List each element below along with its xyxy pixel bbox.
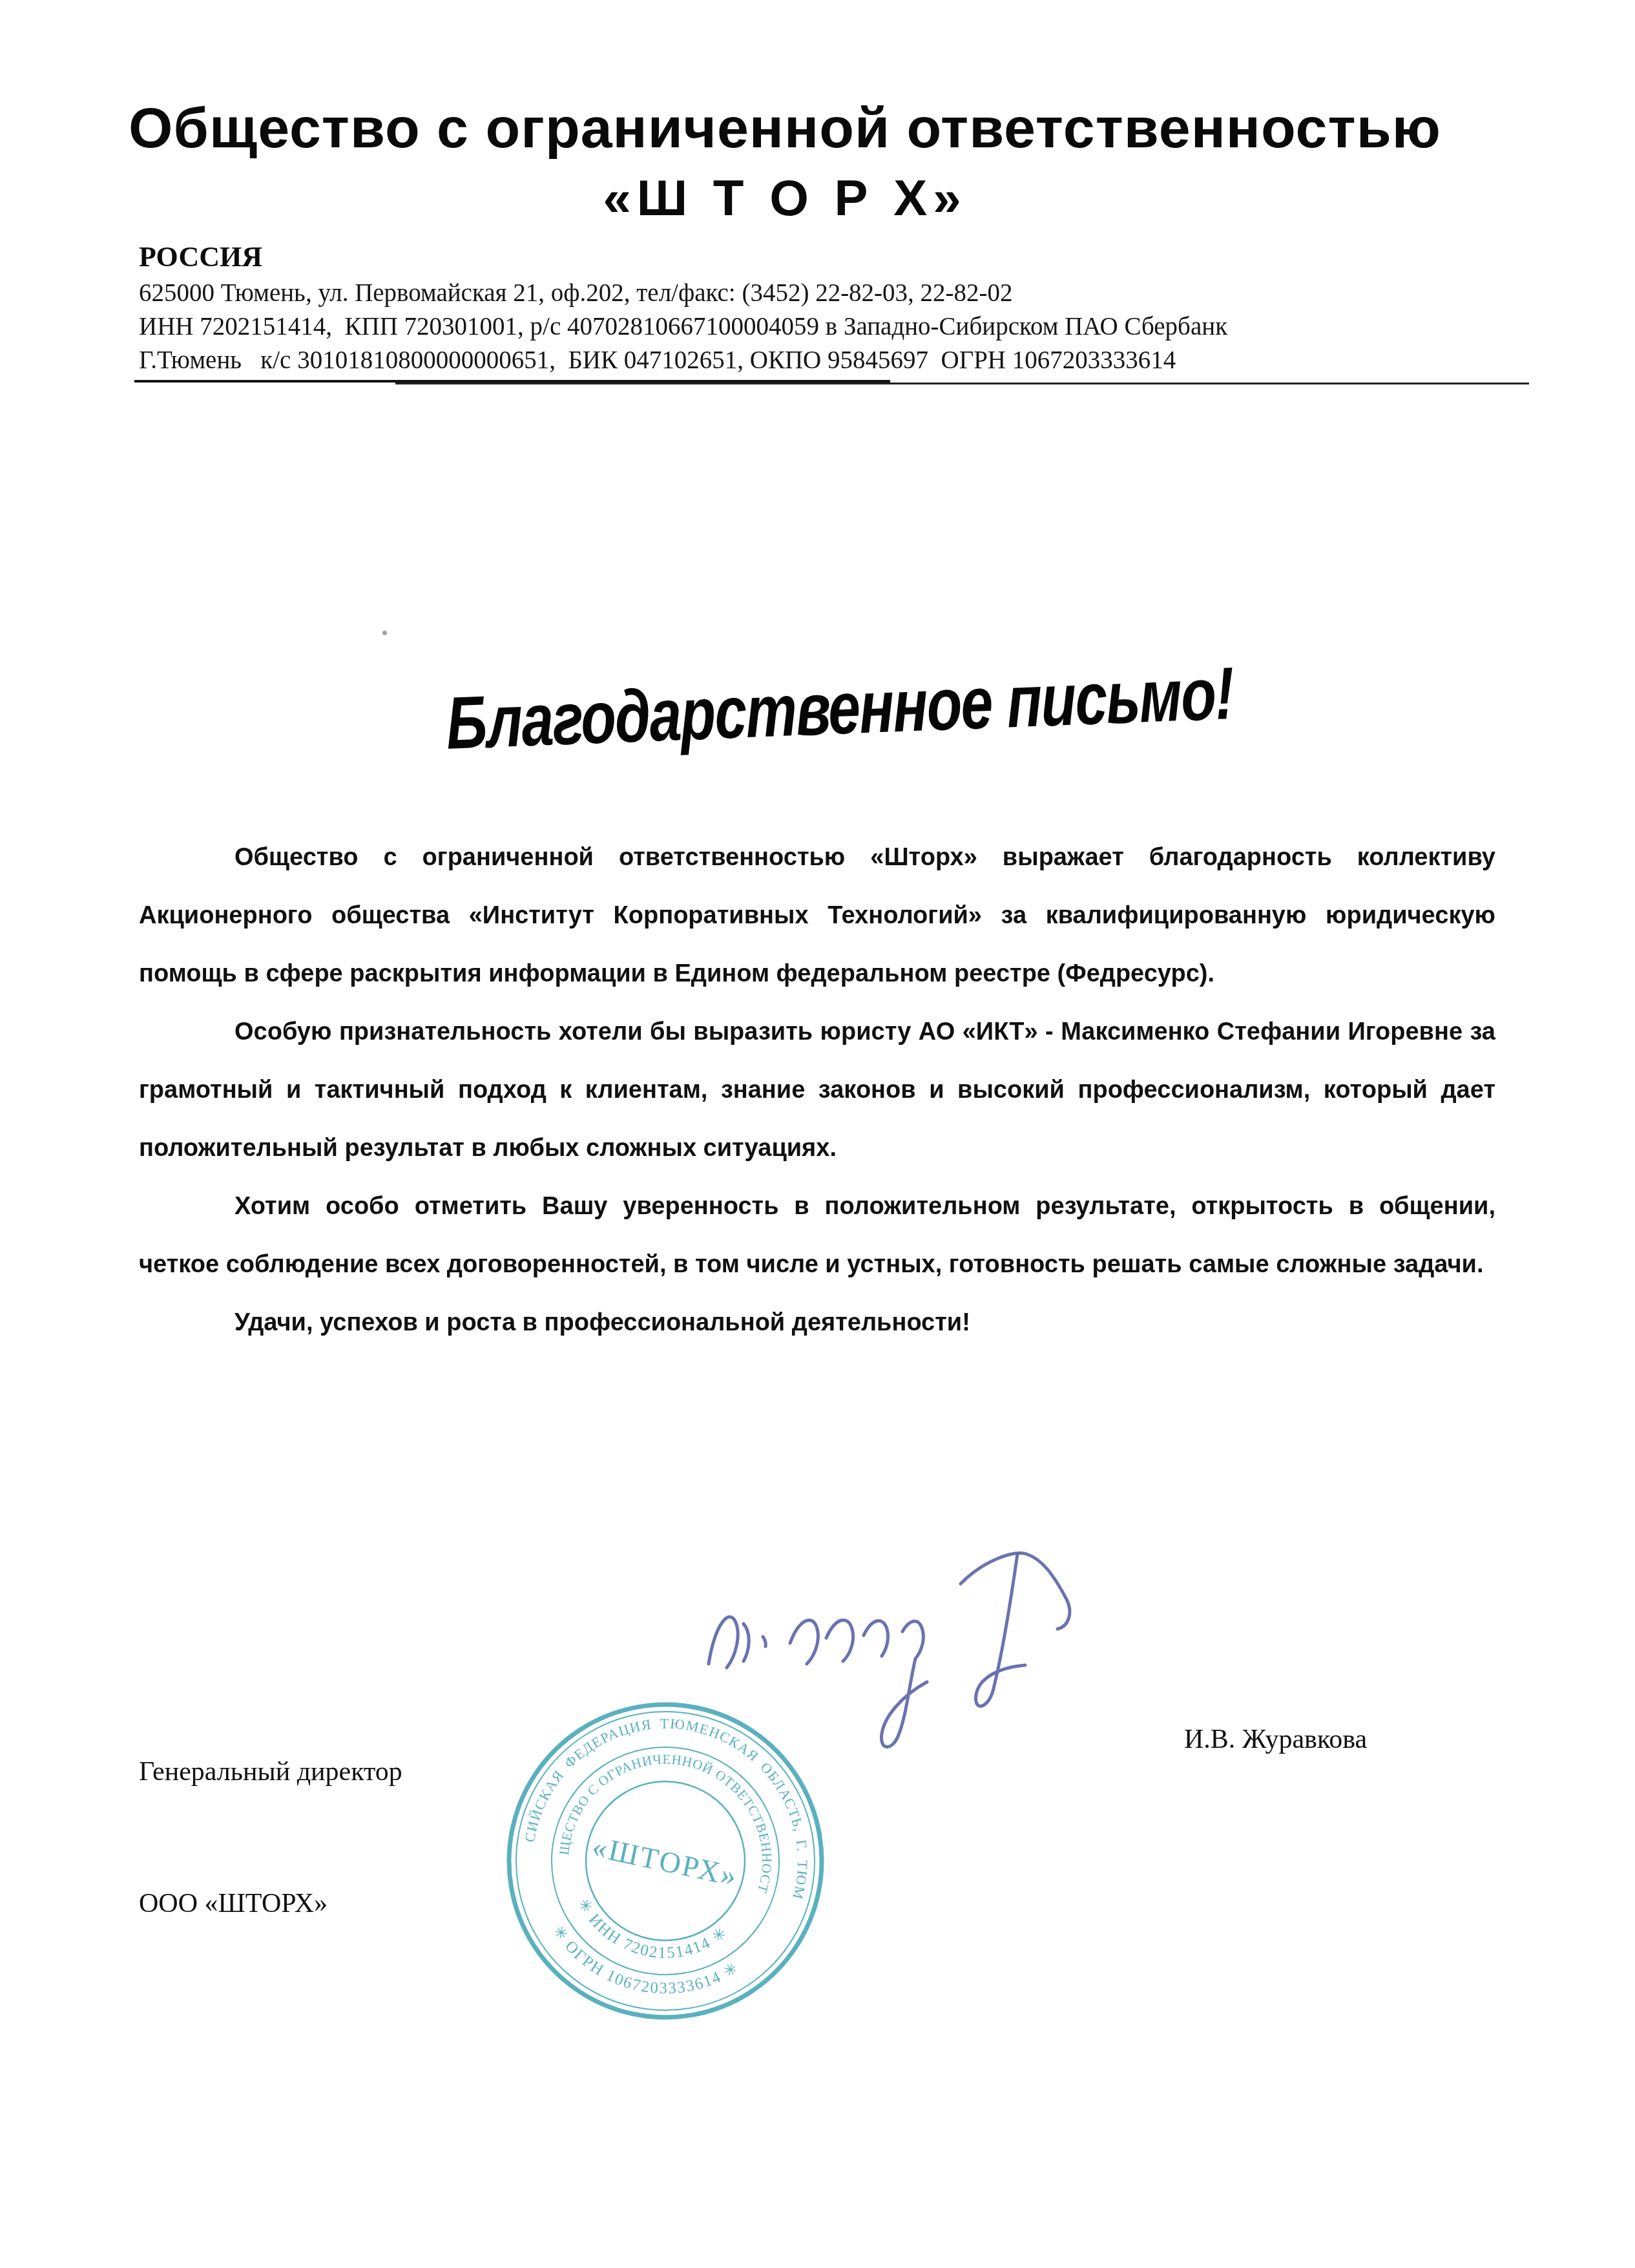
address-line: ИНН 7202151414, КПП 720301001, р/с 40702…	[139, 310, 1227, 344]
address-line: Г.Тюмень к/с 30101810800000000651, БИК 0…	[139, 344, 1227, 377]
org-name-line: «Ш Т О Р Х»	[0, 168, 1570, 227]
signature-stroke	[790, 1620, 818, 1664]
letterhead: Общество с ограниченной ответственностью…	[0, 96, 1570, 227]
divider-line-secondary	[395, 383, 1529, 384]
org-type-line: Общество с ограниченной ответственностью	[0, 96, 1570, 160]
paragraph: Общество с ограниченной ответственностью…	[139, 828, 1495, 1003]
stamp-center-text: «ШТОРХ»	[589, 1830, 741, 1893]
signature-stroke	[709, 1617, 738, 1668]
letter-title-row: Благодарственное письмо!	[0, 671, 1635, 748]
signer-role-block: Генеральный директор ООО «ШТОРХ»	[139, 1662, 402, 2013]
scanned-letter-page: Общество с ограниченной ответственностью…	[0, 0, 1635, 2268]
signature-stroke	[976, 1554, 1025, 1706]
signature-stroke	[744, 1624, 749, 1661]
handwritten-signature-ink	[682, 1541, 1095, 1800]
signer-role-line-1: Генеральный директор	[139, 1750, 402, 1794]
letter-title: Благодарственное письмо!	[444, 652, 1234, 767]
signature-stroke	[826, 1620, 853, 1661]
signature-stroke	[864, 1621, 888, 1656]
country-label: РОССИЯ	[139, 240, 262, 273]
paragraph: Особую признательность хотели бы выразит…	[139, 1003, 1495, 1177]
paragraph: Удачи, успехов и роста в профессионально…	[139, 1294, 1495, 1352]
signer-role-line-2: ООО «ШТОРХ»	[139, 1882, 402, 1926]
signature-stroke	[763, 1637, 765, 1646]
signer-name: И.В. Журавкова	[1184, 1724, 1367, 1755]
scan-speck	[382, 631, 387, 635]
address-block: 625000 Тюмень, ул. Первомайская 21, оф.2…	[139, 277, 1227, 377]
paragraph: Хотим особо отметить Вашу уверенность в …	[139, 1177, 1495, 1294]
letter-body: Общество с ограниченной ответственностью…	[139, 828, 1495, 1352]
address-line: 625000 Тюмень, ул. Первомайская 21, оф.2…	[139, 277, 1227, 310]
